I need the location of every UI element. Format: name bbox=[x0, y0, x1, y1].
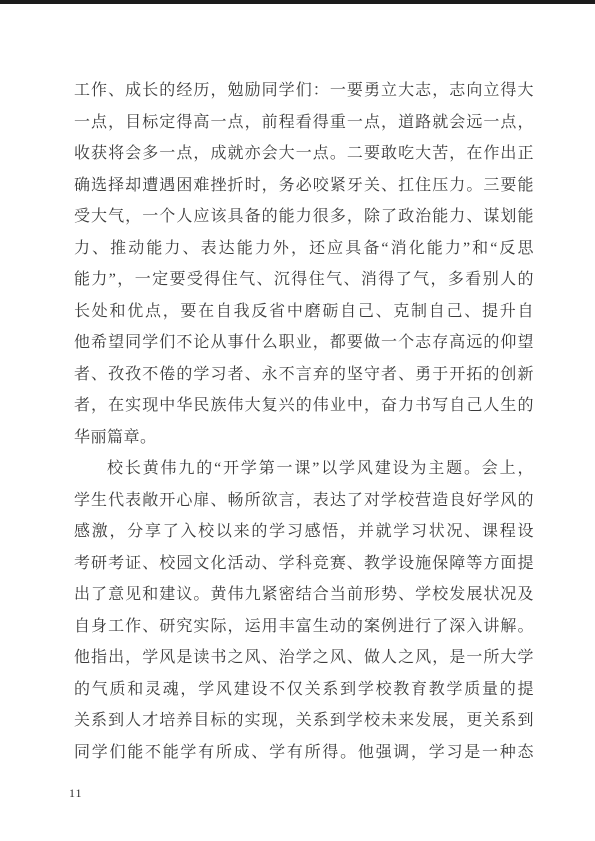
text-line: 力、推动能力、表达能力外，还应具备“消化能力”和“反思 bbox=[74, 233, 534, 265]
text-line: 一点，目标定得高一点，前程看得重一点，道路就会远一点， bbox=[74, 107, 534, 139]
text-line: 者、孜孜不倦的学习者、永不言弃的坚守者、勇于开拓的创新 bbox=[74, 359, 534, 391]
text-line: 能力”，一定要受得住气、沉得住气、消得了气，多看别人的 bbox=[74, 264, 534, 296]
text-line: 工作、成长的经历，勉励同学们：一要勇立大志，志向立得大 bbox=[74, 75, 534, 107]
text-line: 感激，分享了入校以来的学习感悟，并就学习状况、课程设置、 bbox=[74, 516, 534, 548]
text-line: 关系到人才培养目标的实现，关系到学校未来发展，更关系到 bbox=[74, 705, 534, 737]
text-line: 校长黄伟九的“开学第一课”以学风建设为主题。会上， bbox=[74, 453, 534, 485]
text-line: 出了意见和建议。黄伟九紧密结合当前形势、学校发展状况及 bbox=[74, 579, 534, 611]
page-top-edge bbox=[0, 0, 595, 4]
text-line: 收获将会多一点，成就亦会大一点。二要敢吃大苦，在作出正 bbox=[74, 138, 534, 170]
text-line: 的气质和灵魂，学风建设不仅关系到学校教育教学质量的提高， bbox=[74, 674, 534, 706]
text-line: 同学们能不能学有所成、学有所得。他强调，学习是一种态度， bbox=[74, 737, 534, 769]
text-line: 华丽篇章。 bbox=[74, 422, 534, 454]
text-line: 确选择却遭遇困难挫折时，务必咬紧牙关、扛住压力。三要能 bbox=[74, 170, 534, 202]
text-line: 自身工作、研究实际，运用丰富生动的案例进行了深入讲解。 bbox=[74, 611, 534, 643]
text-line: 者，在实现中华民族伟大复兴的伟业中，奋力书写自己人生的 bbox=[74, 390, 534, 422]
document-page: 工作、成长的经历，勉励同学们：一要勇立大志，志向立得大一点，目标定得高一点，前程… bbox=[0, 0, 595, 841]
page-number: 11 bbox=[69, 786, 83, 801]
text-line: 学生代表敞开心扉、畅所欲言，表达了对学校营造良好学风的 bbox=[74, 485, 534, 517]
text-line: 受大气，一个人应该具备的能力很多，除了政治能力、谋划能 bbox=[74, 201, 534, 233]
text-line: 他指出，学风是读书之风、治学之风、做人之风，是一所大学 bbox=[74, 642, 534, 674]
document-body: 工作、成长的经历，勉励同学们：一要勇立大志，志向立得大一点，目标定得高一点，前程… bbox=[74, 75, 534, 768]
text-line: 长处和优点，要在自我反省中磨砺自己、克制自己、提升自己。 bbox=[74, 296, 534, 328]
text-line: 考研考证、校园文化活动、学科竞赛、教学设施保障等方面提 bbox=[74, 548, 534, 580]
text-line: 他希望同学们不论从事什么职业，都要做一个志存高远的仰望 bbox=[74, 327, 534, 359]
